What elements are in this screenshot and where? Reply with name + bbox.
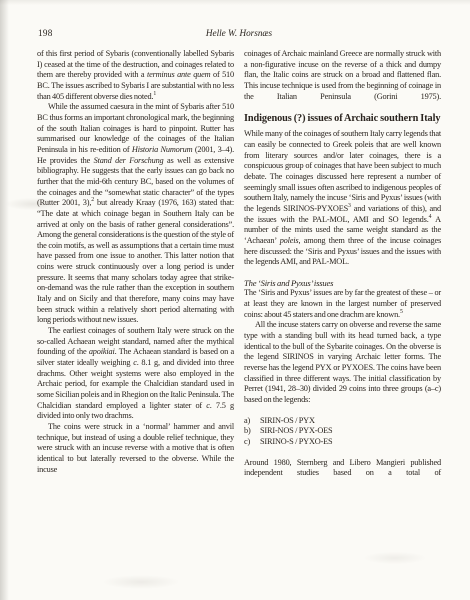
paragraph-sybaris-continuation: of this first period of Sybaris (convent… [37, 49, 234, 102]
paragraph-stater-types: All the incuse staters carry on obverse … [244, 320, 441, 405]
paragraph-siris-pyxus-count: The ‘Siris and Pyxus’ issues are by far … [244, 288, 441, 320]
list-item-b-label: b) [244, 426, 260, 437]
text-columns: of this first period of Sybaris (convent… [37, 49, 441, 479]
section-heading-indigenous-issues: Indigenous (?) issues of Archaic souther… [244, 112, 441, 125]
page-number: 198 [38, 27, 53, 40]
left-column: of this first period of Sybaris (convent… [37, 49, 234, 479]
paragraph-incuse-technique: coinages of Archaic mainland Greece are … [244, 49, 441, 102]
list-item-b-text: SIRI-NOS / PYX-OES [260, 426, 332, 437]
paragraph-weight-standards: The earliest coinages of southern Italy … [37, 326, 234, 422]
list-item-b: b) SIRI-NOS / PYX-OES [244, 426, 441, 437]
right-column: coinages of Archaic mainland Greece are … [244, 49, 441, 479]
paragraph-striking-technique: The coins were struck in a ‘normal’ hamm… [37, 422, 234, 475]
list-item-c-text: SIRINO-S / PYXO-ES [260, 437, 332, 448]
running-header-author: Helle W. Horsnæs [37, 27, 441, 40]
list-item-a-text: SIRIN-OS / PYX [260, 416, 315, 427]
page-header: 198 Helle W. Horsnæs [37, 27, 441, 40]
paragraph-caesura-chronology: While the assumed caesura in the mint of… [37, 102, 234, 326]
list-item-c-label: c) [244, 437, 260, 448]
list-item-c: c) SIRINO-S / PYXO-ES [244, 437, 441, 448]
scanned-book-page: 198 Helle W. Horsnæs of this first perio… [0, 0, 470, 600]
list-item-a: a) SIRIN-OS / PYX [244, 416, 441, 427]
legend-classification-list: a) SIRIN-OS / PYX b) SIRI-NOS / PYX-OES … [244, 416, 441, 448]
subsection-heading-siris-pyxus: The ‘Siris and Pyxus’ issues [244, 278, 441, 289]
list-item-a-label: a) [244, 416, 260, 427]
paragraph-indigenous-issues: While many of the coinages of southern I… [244, 129, 441, 268]
paragraph-sternberg-mangieri: Around 1980, Sternberg and Libero Mangie… [244, 458, 441, 479]
